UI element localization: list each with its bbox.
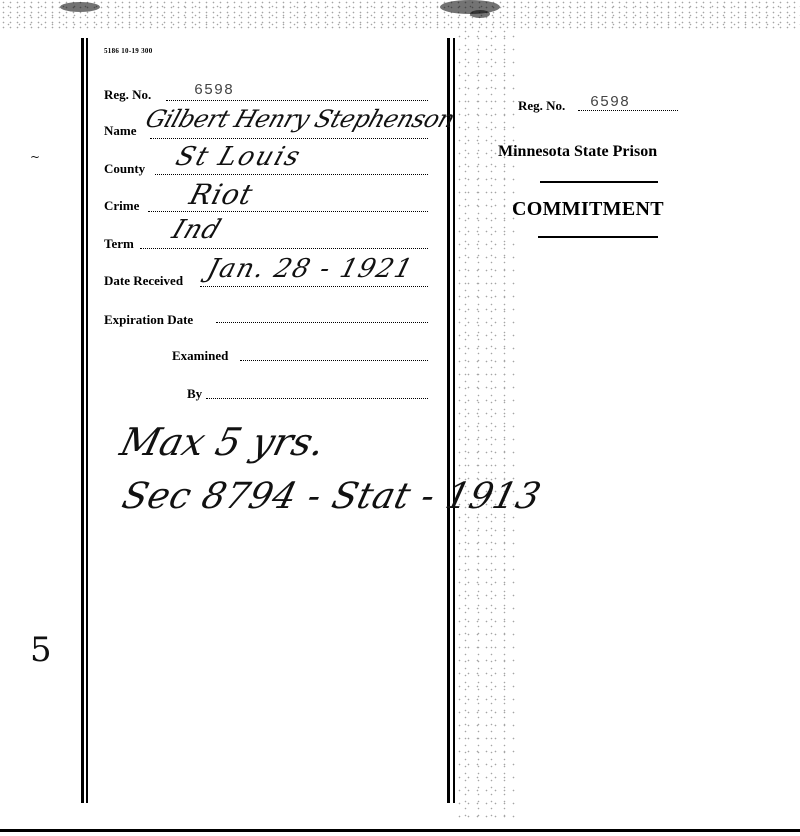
- examined-line[interactable]: [240, 360, 428, 361]
- reg-no-label: Reg. No.: [104, 87, 151, 103]
- date-received-label: Date Received: [104, 273, 183, 289]
- term-line: [140, 248, 428, 249]
- crime-label: Crime: [104, 198, 139, 214]
- reg-no-line: [166, 100, 428, 101]
- term-value[interactable]: Ind: [168, 215, 226, 245]
- county-label: County: [104, 161, 145, 177]
- scan-noise-top: [0, 0, 800, 30]
- term-label: Term: [104, 236, 134, 252]
- crime-line: [148, 211, 428, 212]
- institution-title: Minnesota State Prison: [498, 143, 657, 161]
- title-divider: [540, 181, 658, 183]
- document-type-heading: COMMITMENT: [512, 198, 664, 221]
- name-line: [150, 138, 428, 139]
- heading-divider: [538, 236, 658, 238]
- name-value[interactable]: Gilbert Henry Stephenson: [142, 105, 458, 133]
- by-label: By: [187, 386, 202, 402]
- cover-reg-no-value: 6598: [590, 94, 630, 111]
- crime-value[interactable]: Riot: [186, 178, 257, 211]
- examined-label: Examined: [172, 348, 228, 364]
- card-fold-line-inner: [453, 38, 455, 803]
- date-received-value[interactable]: Jan. 28 - 1921: [204, 254, 417, 284]
- card-left-border-inner: [86, 38, 88, 803]
- scan-blot: [470, 10, 490, 18]
- county-line: [155, 174, 428, 175]
- margin-mark: 5: [30, 630, 52, 670]
- scan-bottom-edge: [0, 829, 800, 832]
- expiration-date-label: Expiration Date: [104, 312, 193, 328]
- cover-reg-no-label: Reg. No.: [518, 98, 565, 114]
- card-fold-line: [447, 38, 450, 803]
- county-value[interactable]: St Louis: [172, 142, 306, 172]
- name-label: Name: [104, 123, 137, 139]
- note-statute: Sec 8794 - Stat - 1913: [118, 476, 545, 517]
- by-line[interactable]: [206, 398, 428, 399]
- margin-mark-small: ~: [30, 150, 40, 164]
- scan-blot: [60, 2, 100, 12]
- expiration-date-line[interactable]: [216, 322, 428, 323]
- card-left-border: [81, 38, 84, 803]
- note-max-term: Max 5 yrs.: [116, 420, 330, 464]
- form-code: 5186 10-19 300: [104, 47, 153, 55]
- date-received-line: [200, 286, 428, 287]
- reg-no-value[interactable]: 6598: [194, 82, 234, 99]
